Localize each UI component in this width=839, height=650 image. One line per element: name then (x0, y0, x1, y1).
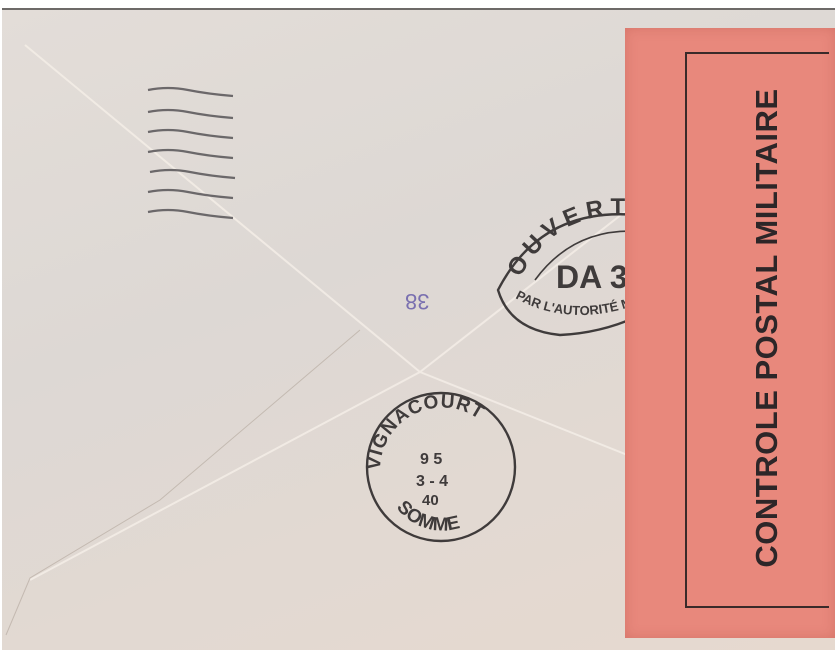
vignacourt-postmark: VIGNACOURT SOMME 9 5 3 - 4 40 (364, 391, 515, 541)
handwritten-number: 38 (405, 288, 429, 314)
postmark-date: 3 - 4 (416, 473, 448, 490)
censor-label-text: CONTROLE POSTAL MILITAIRE (749, 88, 785, 567)
censor-label: CONTROLE POSTAL MILITAIRE (625, 28, 835, 638)
postmark-year: 40 (422, 492, 439, 509)
postmark-time: 9 5 (420, 451, 442, 468)
